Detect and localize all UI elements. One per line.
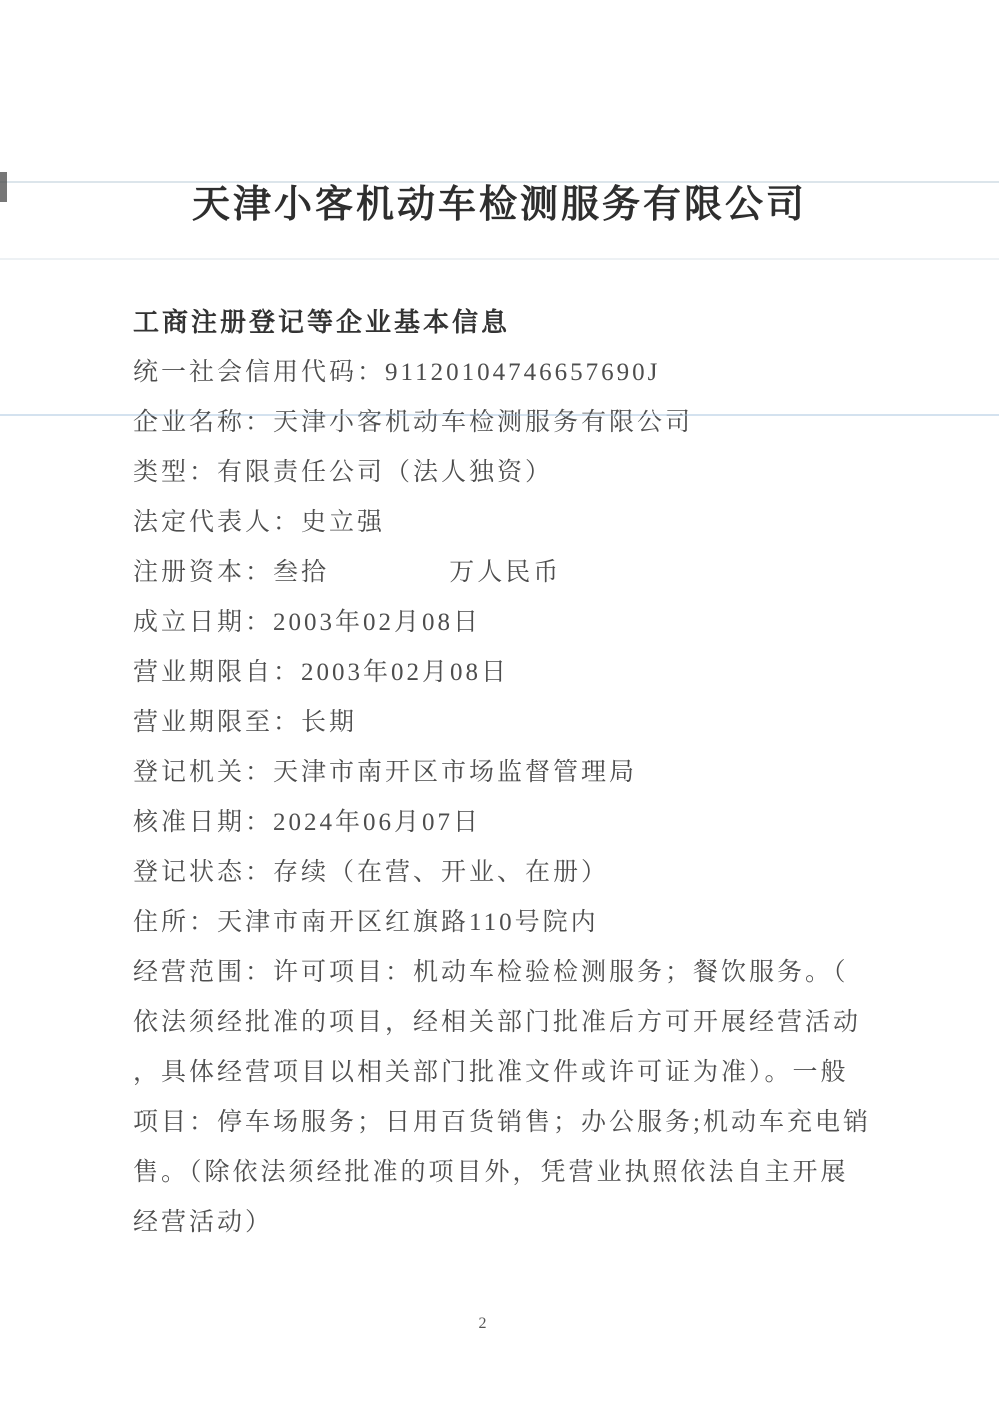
field-label: 法定代表人：	[133, 509, 301, 536]
field-value: 91120104746657690J	[385, 359, 660, 386]
field-label: 经营范围：	[133, 959, 273, 986]
field-value: 史立强	[301, 509, 385, 536]
field-value: 天津市南开区红旗路110号院内	[217, 909, 599, 936]
field-registration-status: 登记状态：存续（在营、开业、在册）	[133, 848, 889, 898]
field-value: 依法须经批准的项目，经相关部门批准后方可开展经营活动	[133, 1009, 861, 1036]
field-value: 存续（在营、开业、在册）	[273, 859, 609, 886]
field-value: ，具体经营项目以相关部门批准文件或许可证为准）。一般	[133, 1059, 849, 1086]
field-approval-date: 核准日期：2024年06月07日	[133, 798, 889, 848]
company-title: 天津小客机动车检测服务有限公司	[0, 0, 999, 229]
field-label: 企业名称：	[133, 409, 273, 436]
field-label: 核准日期：	[133, 809, 273, 836]
field-legal-representative: 法定代表人：史立强	[133, 498, 889, 548]
field-registration-authority: 登记机关：天津市南开区市场监督管理局	[133, 748, 889, 798]
scan-artifact-line	[0, 258, 999, 260]
field-business-scope-line-3: ，具体经营项目以相关部门批准文件或许可证为准）。一般	[133, 1048, 889, 1098]
field-value: 长期	[301, 709, 357, 736]
scan-edge-smudge	[0, 172, 7, 202]
field-value: 叁拾 万人民币	[273, 559, 561, 586]
field-value: 2003年02月08日	[301, 659, 509, 686]
field-address: 住所：天津市南开区红旗路110号院内	[133, 898, 889, 948]
page-number: 2	[0, 1315, 965, 1333]
field-label: 成立日期：	[133, 609, 273, 636]
field-company-type: 类型：有限责任公司（法人独资）	[133, 448, 889, 498]
field-business-scope-line-5: 售。（除依法须经批准的项目外，凭营业执照依法自主开展	[133, 1148, 889, 1198]
field-label: 住所：	[133, 909, 217, 936]
field-business-scope-line-1: 经营范围：许可项目：机动车检验检测服务；餐饮服务。（	[133, 948, 889, 998]
field-value: 2003年02月08日	[273, 609, 481, 636]
field-value: 售。（除依法须经批准的项目外，凭营业执照依法自主开展	[133, 1159, 849, 1186]
section-heading: 工商注册登记等企业基本信息	[133, 305, 999, 339]
field-label: 注册资本：	[133, 559, 273, 586]
field-business-scope-line-6: 经营活动）	[133, 1198, 889, 1248]
field-establish-date: 成立日期：2003年02月08日	[133, 598, 889, 648]
field-business-term-from: 营业期限自：2003年02月08日	[133, 648, 889, 698]
field-value: 天津小客机动车检测服务有限公司	[273, 409, 693, 436]
field-label: 营业期限至：	[133, 709, 301, 736]
field-value: 许可项目：机动车检验检测服务；餐饮服务。（	[273, 959, 849, 986]
field-label: 登记状态：	[133, 859, 273, 886]
field-label: 登记机关：	[133, 759, 273, 786]
field-registered-capital: 注册资本：叁拾 万人民币	[133, 548, 889, 598]
field-uscc: 统一社会信用代码：91120104746657690J	[133, 348, 889, 398]
field-business-scope-line-4: 项目：停车场服务；日用百货销售；办公服务;机动车充电销	[133, 1098, 889, 1148]
scanned-document-page: 天津小客机动车检测服务有限公司 工商注册登记等企业基本信息 统一社会信用代码：9…	[0, 0, 999, 1412]
field-label: 类型：	[133, 459, 217, 486]
field-business-term-to: 营业期限至：长期	[133, 698, 889, 748]
field-value: 天津市南开区市场监督管理局	[273, 759, 637, 786]
field-company-name: 企业名称：天津小客机动车检测服务有限公司	[133, 398, 889, 448]
field-business-scope-line-2: 依法须经批准的项目，经相关部门批准后方可开展经营活动	[133, 998, 889, 1048]
field-value: 经营活动）	[133, 1209, 273, 1236]
field-value: 2024年06月07日	[273, 809, 481, 836]
fields-block: 统一社会信用代码：91120104746657690J 企业名称：天津小客机动车…	[0, 348, 999, 1248]
field-label: 统一社会信用代码：	[133, 359, 385, 386]
field-value: 项目：停车场服务；日用百货销售；办公服务;机动车充电销	[133, 1109, 871, 1136]
field-value: 有限责任公司（法人独资）	[217, 459, 553, 486]
field-label: 营业期限自：	[133, 659, 301, 686]
